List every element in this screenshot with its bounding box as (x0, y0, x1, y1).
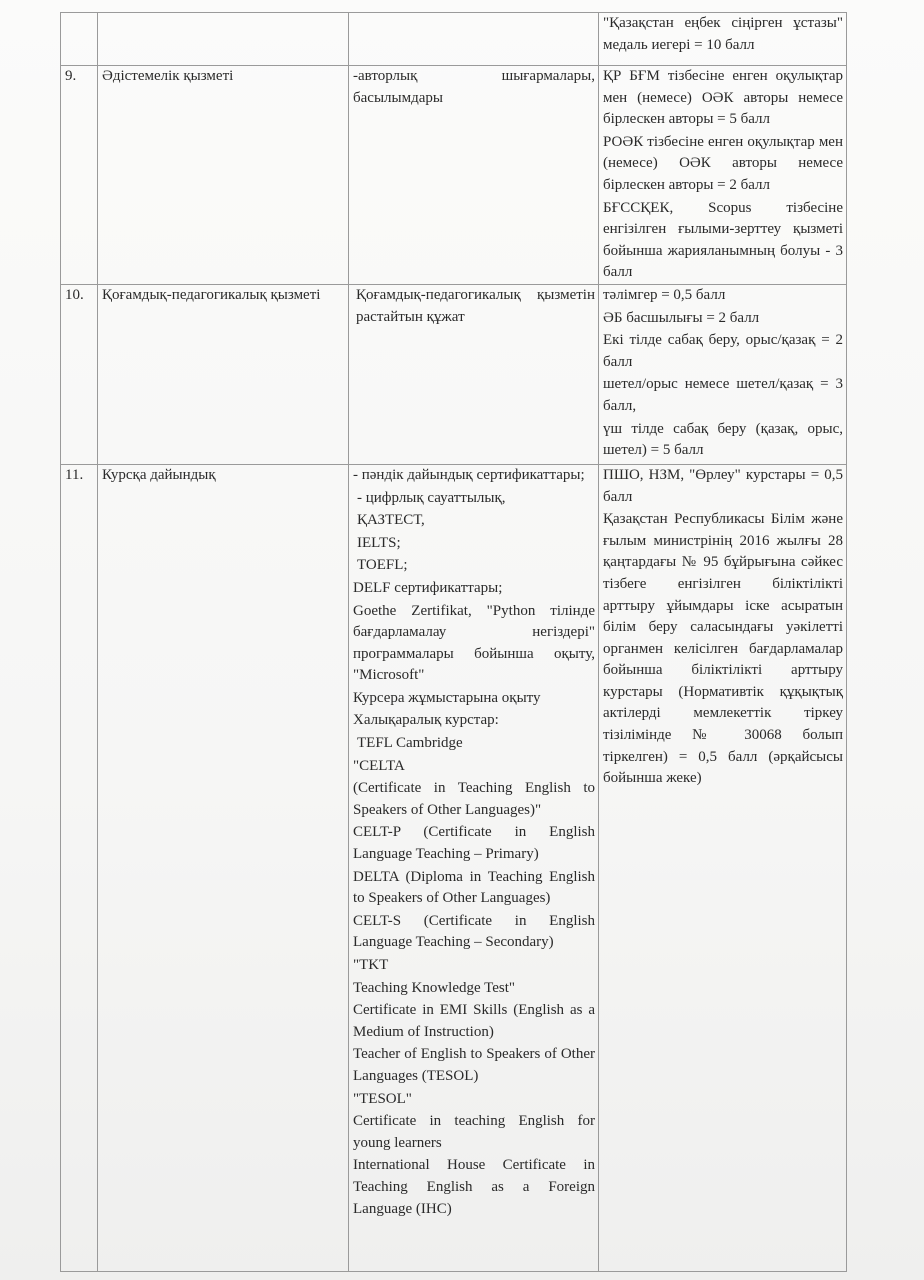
points-text: ПШО, НЗМ, "Өрлеу" курстары = 0,5 балл (603, 465, 843, 508)
points-text: Екі тілде сабақ беру, орыс/қазақ = 2 бал… (603, 330, 843, 373)
points-text: ӘБ басшылығы = 2 балл (603, 308, 843, 330)
points-text: РОӘК тізбесіне енген оқулықтар мен (неме… (603, 132, 843, 197)
evidence-item: Teacher of English to Speakers of Other … (353, 1044, 595, 1087)
evidence-item: (Certificate in Teaching English to Spea… (353, 778, 595, 821)
points-text: тәлімгер = 0,5 балл (603, 285, 843, 307)
points-cell: "Қазақстан еңбек сіңірген ұстазы" медаль… (599, 13, 847, 66)
evidence-item: DELF сертификаттары; (353, 578, 595, 600)
points-text: үш тілде сабақ беру (қазақ, орыс, шетел)… (603, 419, 843, 462)
evidence-item: "CELTA (353, 756, 595, 778)
activity-cell (98, 13, 349, 66)
points-text: шетел/орыс немесе шетел/қазақ = 3 балл, (603, 374, 843, 417)
points-cell: тәлімгер = 0,5 балл ӘБ басшылығы = 2 бал… (599, 284, 847, 464)
evidence-item: TOEFL; (353, 555, 595, 577)
evidence-cell: - пәндік дайындық сертификаттары;- цифрл… (349, 464, 599, 1271)
row-number-cell: 11. (61, 464, 98, 1271)
table-row: "Қазақстан еңбек сіңірген ұстазы" медаль… (61, 13, 847, 66)
scanned-document-page: "Қазақстан еңбек сіңірген ұстазы" медаль… (0, 0, 924, 1280)
evidence-item: CELT-S (Certificate in English Language … (353, 911, 595, 954)
points-cell: ПШО, НЗМ, "Өрлеу" курстары = 0,5 баллҚаз… (599, 464, 847, 1271)
evidence-item: TEFL Cambridge (353, 733, 595, 755)
row-number-cell: 10. (61, 284, 98, 464)
points-text: БҒССҚЕК, Scopus тізбесіне енгізілген ғыл… (603, 198, 843, 284)
evidence-cell: -авторлық шығармалары, басылымдары (349, 66, 599, 285)
row-number-cell (61, 13, 98, 66)
points-cell: ҚР БҒМ тізбесіне енген оқулықтар мен (не… (599, 66, 847, 285)
evidence-item: Certificate in EMI Skills (English as a … (353, 1000, 595, 1043)
evidence-cell: Қоғамдық-педагогикалық қызметін растайты… (349, 284, 599, 464)
evidence-item: IELTS; (353, 533, 595, 555)
evidence-item: CELT-P (Certificate in English Language … (353, 822, 595, 865)
table-row: 10. Қоғамдық-педагогикалық қызметі Қоғам… (61, 284, 847, 464)
evidence-item: "TKT (353, 955, 595, 977)
evidence-text: Қоғамдық-педагогикалық қызметін растайты… (353, 285, 595, 328)
criteria-table: "Қазақстан еңбек сіңірген ұстазы" медаль… (60, 12, 847, 1272)
activity-cell: Әдістемелік қызметі (98, 66, 349, 285)
evidence-item: DELTA (Diploma in Teaching English to Sp… (353, 867, 595, 910)
evidence-text: -авторлық шығармалары, басылымдары (353, 66, 595, 109)
evidence-item: "TESOL" (353, 1089, 595, 1111)
points-text: ҚР БҒМ тізбесіне енген оқулықтар мен (не… (603, 66, 843, 131)
evidence-item: International House Certificate in Teach… (353, 1155, 595, 1220)
table-row: 11. Курсқа дайындық - пәндік дайындық се… (61, 464, 847, 1271)
points-text: Қазақстан Республикасы Білім және ғылым … (603, 509, 843, 790)
evidence-item: Certificate in teaching English for youn… (353, 1111, 595, 1154)
evidence-item: Курсера жұмыстарына оқыту (353, 688, 595, 710)
table-row: 9. Әдістемелік қызметі -авторлық шығарма… (61, 66, 847, 285)
evidence-cell (349, 13, 599, 66)
activity-cell: Қоғамдық-педагогикалық қызметі (98, 284, 349, 464)
row-number-cell: 9. (61, 66, 98, 285)
evidence-item: Teaching Knowledge Test" (353, 978, 595, 1000)
points-text: "Қазақстан еңбек сіңірген ұстазы" медаль… (603, 13, 843, 56)
evidence-item: Халықаралық курстар: (353, 710, 595, 732)
evidence-item: Goethe Zertifikat, "Python тілінде бағда… (353, 601, 595, 687)
evidence-item: ҚАЗТЕСТ, (353, 510, 595, 532)
activity-cell: Курсқа дайындық (98, 464, 349, 1271)
evidence-item: - цифрлық сауаттылық, (353, 488, 595, 510)
evidence-item: - пәндік дайындық сертификаттары; (353, 465, 595, 487)
